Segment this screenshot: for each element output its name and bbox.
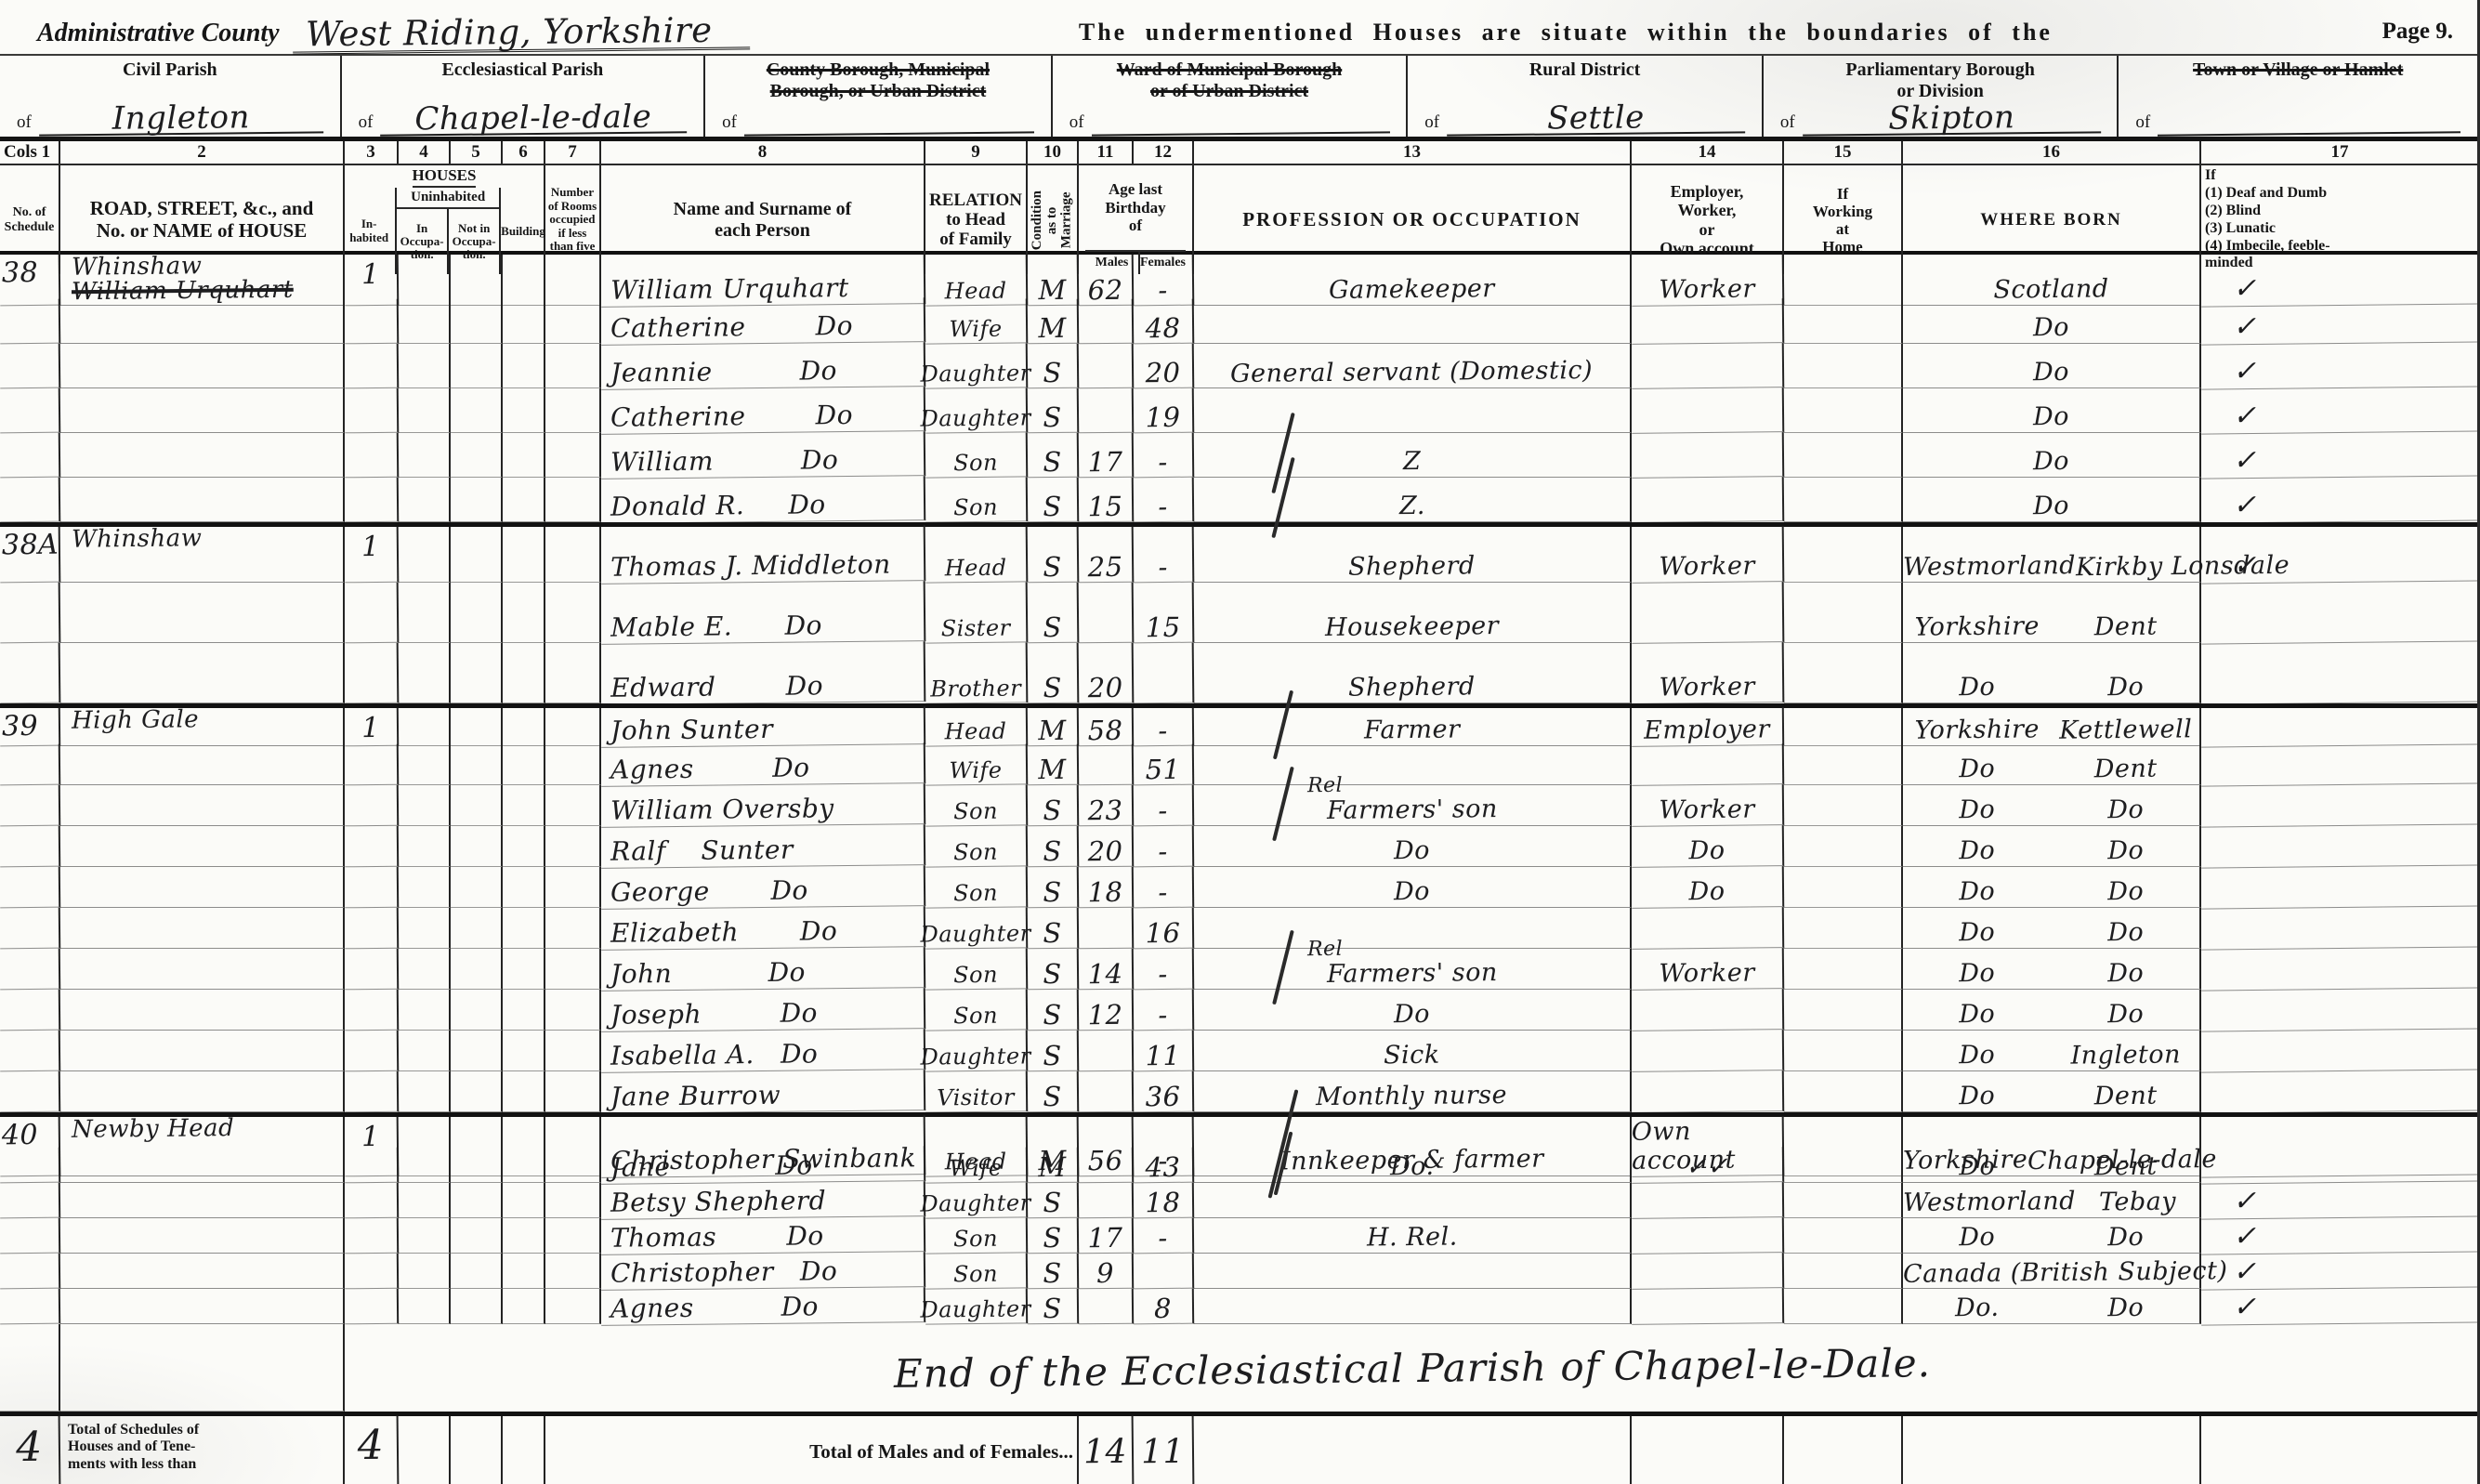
cell-uninhabited-in-occupation (399, 1071, 451, 1112)
cell-inhabited (345, 826, 399, 868)
cell-condition: M (1028, 299, 1079, 345)
cell-uninhabited-in-occupation (399, 1254, 451, 1289)
cell-occupation (1194, 744, 1632, 785)
cell-uninhabited-not-in-occupation (451, 583, 503, 643)
census-form-page: Administrative County West Riding, Yorks… (0, 0, 2480, 1484)
born-place: Dent (2051, 1151, 2199, 1182)
cell-building (503, 949, 545, 990)
cell-working-at-home (1784, 255, 1903, 306)
born-place: Dent (2051, 1081, 2199, 1111)
cell-condition: S (1028, 1031, 1079, 1072)
cell-schedule-number (0, 1218, 60, 1254)
cell-building (503, 1183, 545, 1218)
cell-inhabited (345, 299, 399, 345)
cell-building (503, 299, 545, 344)
cell-age-male (1079, 1183, 1134, 1219)
cell-employer (1632, 1253, 1784, 1290)
cell-name: William Do (601, 431, 925, 479)
cell-infirmity-mark (2201, 641, 2480, 704)
of-label: of (1780, 112, 1795, 135)
cell-name: John Sunter (601, 706, 925, 748)
cell-occupation: Do (1194, 867, 1632, 908)
column-numbers-row: Cols 1 2 3 4 5 6 7 8 9 10 11 12 13 14 15… (0, 141, 2477, 165)
born-county: Do (1903, 356, 2199, 387)
cell-schedule-number: 38A (0, 527, 60, 584)
cell-name: Mable E. Do (601, 581, 926, 645)
cell-age-female: - (1134, 708, 1194, 747)
cell-name: Agnes Do (601, 1287, 925, 1326)
cell-age-female (1134, 1254, 1194, 1290)
cell-address (60, 1071, 345, 1112)
cell-where-born: Do Do (1903, 785, 2201, 826)
cell-uninhabited-in-occupation (399, 583, 451, 643)
occupation-text: Z. (1398, 492, 1424, 520)
cell-inhabited (345, 1218, 399, 1254)
cell-uninhabited-in-occupation (399, 1031, 451, 1071)
cell-employer: Worker (1632, 526, 1785, 584)
houses-title: HOUSES (413, 165, 477, 188)
cell-condition: S (1028, 583, 1080, 644)
cell-working-at-home (1784, 643, 1903, 703)
district-value: Chapel-le-dale (380, 103, 687, 137)
cell-infirmity-mark (2201, 988, 2480, 1031)
cell-rooms (545, 1218, 601, 1254)
person-row: 39 High Gale 1 John Sunter Head M 58 - F… (0, 703, 2477, 744)
cell-uninhabited-not-in-occupation (451, 1289, 503, 1324)
cell-working-at-home (1784, 433, 1903, 478)
admin-county-value: West Riding, Yorkshire (292, 12, 749, 54)
cell-infirmity-mark: ✓ (2201, 342, 2480, 389)
cell-age-male: 14 (1079, 949, 1134, 991)
cell-schedule-number (0, 867, 60, 909)
cell-where-born: Do. Do (1903, 1289, 2201, 1324)
cell-occupation: Farmer (1194, 708, 1632, 746)
born-county: Do (1903, 876, 2052, 907)
cell-empty (451, 1416, 503, 1484)
cell-address (60, 1031, 345, 1071)
cell-where-born: Do (1903, 478, 2201, 522)
cell-where-born: Do (1903, 433, 2201, 478)
cell-schedule-number (0, 478, 60, 523)
cell-age-female: 36 (1134, 1071, 1194, 1113)
cell-age-male: 9 (1079, 1254, 1134, 1290)
cell-address: Whinshaw (60, 527, 345, 583)
person-row: Donald R. Do Son S 15 - Z. Do ✓ (0, 478, 2477, 522)
cell-where-born: Do Do (1903, 826, 2201, 867)
cell-name: George Do (601, 865, 925, 910)
person-row: Catherine Do Wife M 48 Do ✓ (0, 299, 2477, 344)
cell-employer: ✓✓ (1632, 1147, 1784, 1184)
cell-building (503, 1071, 545, 1112)
born-county: Do (1903, 835, 2052, 866)
cell-name: John Do (601, 947, 925, 992)
cell-name: William Oversby (601, 783, 925, 828)
occupation-text: Z (1403, 447, 1422, 476)
cell-name: Elizabeth Do (601, 906, 925, 951)
born-place: Dent (2051, 611, 2199, 642)
cell-where-born: Do (1903, 388, 2201, 433)
col-number-2: 2 (60, 141, 345, 164)
born-county: Yorkshire (1903, 715, 2052, 745)
cell-where-born: Yorkshire Kettlewell (1903, 708, 2201, 746)
cell-inhabited (345, 1071, 399, 1113)
cell-address (60, 583, 345, 643)
cell-uninhabited-not-in-occupation (451, 388, 503, 433)
cell-uninhabited-in-occupation (399, 867, 451, 908)
cell-inhabited (345, 478, 399, 523)
cell-age-female: 16 (1134, 908, 1194, 950)
cell-inhabited (345, 1254, 399, 1290)
cell-working-at-home (1784, 1254, 1903, 1289)
born-county: Westmorland (1903, 1187, 2076, 1217)
cell-name: Edward Do (601, 641, 926, 705)
cell-inhabited (345, 908, 399, 950)
cell-condition: S (1028, 1254, 1079, 1290)
col-number-12: 12 (1134, 141, 1194, 164)
cell-occupation: Monthly nurse (1194, 1071, 1632, 1112)
born-place: Kettlewell (2051, 715, 2199, 745)
cell-employer (1632, 477, 1784, 523)
cell-working-at-home (1784, 826, 1903, 867)
cell-uninhabited-not-in-occupation (451, 744, 503, 785)
cell-infirmity-mark: ✓ (2201, 1252, 2480, 1290)
cell-uninhabited-not-in-occupation (451, 1148, 503, 1183)
cell-working-at-home (1784, 744, 1903, 785)
cell-relation: Son (925, 784, 1028, 826)
cell-age-male: 23 (1079, 785, 1134, 827)
cell-uninhabited-in-occupation (399, 255, 451, 306)
cell-address (60, 344, 345, 388)
cell-uninhabited-not-in-occupation (451, 990, 503, 1031)
cell-address (60, 1254, 345, 1289)
person-row: Isabella A. Do Daughter S 11 Sick Do Ing… (0, 1031, 2477, 1071)
cell-employer (1632, 989, 1784, 1031)
occupation-text: Do (1394, 877, 1430, 906)
occupation-text: H. Rel. (1366, 1222, 1457, 1252)
cell-condition: S (1028, 949, 1079, 991)
district-label: Rural District (1419, 59, 1751, 81)
cell-uninhabited-in-occupation (399, 826, 451, 867)
cell-infirmity-mark: ✓ (2201, 431, 2480, 479)
cell-address (60, 1289, 345, 1324)
district-value (2158, 131, 2460, 136)
district-civil-parish: Civil Parish ofIngleton (0, 56, 340, 137)
col-number-10: 10 (1028, 141, 1079, 164)
uninhabited-title: Uninhabited (397, 188, 499, 209)
cell-building (503, 867, 545, 908)
cell-age-female: 8 (1134, 1289, 1194, 1325)
cell-relation: Daughter (925, 1288, 1028, 1324)
cell-occupation: Rel Farmers' son (1194, 949, 1632, 990)
cell-name: Catherine Do (601, 387, 925, 435)
district-rural: Rural District ofSettle (1406, 56, 1762, 137)
cell-schedule-number: 39 (0, 708, 60, 747)
col-number-3: 3 (345, 141, 399, 164)
cell-relation: Son (925, 1253, 1028, 1289)
cell-where-born: Do (1903, 344, 2201, 388)
cell-empty (2201, 1416, 2480, 1484)
occupation-text: Do. (1390, 1152, 1435, 1181)
cell-where-born: Do Do (1903, 1218, 2201, 1254)
cell-age-female: 51 (1134, 744, 1194, 786)
cell-uninhabited-not-in-occupation (451, 643, 503, 703)
born-county: Do. (1903, 1293, 2052, 1323)
cell-where-born: Canada (British Subject) (1903, 1254, 2201, 1289)
district-label: Civil Parish (11, 59, 329, 81)
cell-condition: S (1028, 643, 1080, 704)
cell-working-at-home (1784, 583, 1903, 643)
cell-building (503, 527, 545, 583)
cell-infirmity-mark (2201, 706, 2480, 747)
total-males-value: 14 (1079, 1416, 1135, 1484)
cell-rooms (545, 255, 601, 306)
cell-relation: Son (925, 477, 1028, 522)
cell-condition: S (1028, 478, 1079, 523)
cell-working-at-home (1784, 299, 1903, 344)
cell-age-male (1079, 744, 1134, 786)
cell-schedule-number (0, 949, 60, 991)
district-value (1092, 131, 1390, 136)
total-schedules-label: Total of Schedules of Houses and of Tene… (60, 1416, 345, 1484)
born-place: Do (2051, 795, 2199, 825)
district-label-struck: Town or Village or Hamlet (2130, 59, 2466, 81)
cell-age-female: - (1134, 433, 1194, 479)
cell-uninhabited-in-occupation (399, 1289, 451, 1324)
cell-relation: Son (925, 948, 1028, 990)
born-place: Ingleton (2051, 1040, 2199, 1070)
cell-uninhabited-in-occupation (399, 1148, 451, 1183)
cell-uninhabited-in-occupation (399, 1218, 451, 1254)
cell-where-born: Do Dent (1903, 744, 2201, 785)
cell-rooms (545, 1289, 601, 1324)
cell-condition: M (1028, 708, 1079, 747)
cell-relation: Sister (925, 582, 1029, 643)
cell-uninhabited-not-in-occupation (451, 478, 503, 522)
totals-band: 4 Total of Schedules of Houses and of Te… (0, 1416, 2477, 1484)
situate-text: The undermentioned Houses are situate wi… (749, 19, 2382, 52)
cell-inhabited (345, 433, 399, 479)
district-ecclesiastical-parish: Ecclesiastical Parish ofChapel-le-dale (340, 56, 704, 137)
cell-uninhabited-in-occupation (399, 908, 451, 949)
administrative-county: Administrative County West Riding, Yorks… (37, 15, 749, 52)
occupation-note: Rel (1307, 938, 1343, 961)
cell-empty (60, 1324, 345, 1412)
address-text: Whinshaw (72, 254, 203, 279)
born-county: Do (1903, 445, 2199, 477)
cell-relation: Brother (925, 642, 1029, 703)
cell-occupation: Do (1194, 826, 1632, 867)
cell-age-male: 20 (1079, 643, 1135, 704)
cell-relation: Head (925, 526, 1029, 583)
cell-relation: Daughter (925, 1030, 1028, 1071)
cell-rooms (545, 1031, 601, 1071)
cell-name: Donald R. Do (601, 476, 925, 524)
cell-age-male (1079, 1148, 1134, 1184)
cell-relation: Son (925, 432, 1028, 478)
cell-relation: Daughter (925, 387, 1028, 433)
cell-working-at-home (1784, 1148, 1903, 1183)
cell-uninhabited-not-in-occupation (451, 826, 503, 867)
cell-occupation: Do. (1194, 1148, 1632, 1183)
born-place: Do (2051, 672, 2199, 703)
cell-age-male (1079, 908, 1134, 950)
district-town-village: Town or Village or Hamlet of (2117, 56, 2477, 137)
cell-infirmity-mark: ✓ (2201, 1216, 2480, 1254)
cell-infirmity-mark (2201, 1070, 2480, 1113)
cell-uninhabited-not-in-occupation (451, 1218, 503, 1254)
cell-uninhabited-in-occupation (399, 990, 451, 1031)
person-row: 38 Whinshaw William Urquhart 1 William U… (0, 255, 2477, 299)
cell-condition: S (1028, 344, 1079, 389)
occupation-text: Shepherd (1348, 551, 1476, 581)
cell-schedule-number (0, 433, 60, 479)
cell-rooms (545, 344, 601, 388)
total-males-females-label: Total of Males and of Females... (545, 1416, 1079, 1484)
of-label: of (359, 112, 374, 135)
cell-empty (1784, 1416, 1903, 1484)
address-text: Whinshaw (72, 526, 203, 551)
cell-where-born: Do Dent (1903, 1148, 2201, 1183)
cell-age-male (1079, 1289, 1134, 1325)
cell-empty (399, 1416, 451, 1484)
cell-rooms (545, 949, 601, 990)
cell-infirmity-mark (2201, 1146, 2480, 1184)
born-county: Do (1903, 311, 2199, 343)
cell-uninhabited-not-in-occupation (451, 299, 503, 344)
cell-name: Jeannie Do (601, 342, 925, 390)
cell-where-born: Do Dent (1903, 1071, 2201, 1112)
cell-condition: S (1028, 785, 1079, 827)
district-ward: Ward of Municipal Borough or of Urban Di… (1051, 56, 1407, 137)
cell-employer (1632, 432, 1784, 479)
table-header: Cols 1 2 3 4 5 6 7 8 9 10 11 12 13 14 15… (0, 141, 2477, 255)
cell-occupation: Do (1194, 990, 1632, 1031)
cell-rooms (545, 478, 601, 522)
cell-where-born: Do Do (1903, 990, 2201, 1031)
cell-occupation (1194, 1289, 1632, 1324)
cell-inhabited (345, 990, 399, 1031)
page-number: Page 9. (2382, 19, 2453, 52)
cell-employer (1632, 582, 1785, 644)
cell-uninhabited-in-occupation (399, 299, 451, 344)
cell-age-male: 17 (1079, 1218, 1134, 1254)
cell-inhabited (345, 785, 399, 827)
cell-building (503, 785, 545, 826)
cell-rooms (545, 908, 601, 949)
cell-address: Whinshaw William Urquhart (60, 255, 345, 306)
cell-building (503, 344, 545, 388)
cell-condition: M (1028, 1148, 1079, 1184)
top-header-band: Administrative County West Riding, Yorks… (0, 0, 2477, 54)
cell-schedule-number (0, 299, 60, 345)
born-county: Do (1903, 1081, 2052, 1111)
cell-occupation: Z. (1194, 478, 1632, 522)
cell-schedule-number (0, 1148, 60, 1184)
cell-working-at-home (1784, 908, 1903, 949)
occupation-text: Do (1394, 1000, 1430, 1029)
district-value: Ingleton (39, 103, 323, 137)
cell-building (503, 1218, 545, 1254)
cell-infirmity-mark (2201, 783, 2480, 827)
born-county: Do (1903, 795, 2052, 825)
cell-building (503, 478, 545, 522)
district-county-borough: County Borough, Municipal Borough, or Ur… (703, 56, 1051, 137)
cell-address (60, 908, 345, 949)
total-schedules-value: 4 (0, 1416, 60, 1484)
cell-rooms (545, 990, 601, 1031)
cell-employer: Do (1632, 866, 1784, 909)
cell-rooms (545, 643, 601, 703)
born-county: Do (1903, 917, 2052, 948)
cell-address (60, 1148, 345, 1183)
cell-rooms (545, 826, 601, 867)
cell-name: Betsy Shepherd (601, 1181, 925, 1220)
col-number-7: 7 (545, 141, 601, 164)
cell-infirmity-mark: ✓ (2201, 1181, 2480, 1219)
cell-working-at-home (1784, 478, 1903, 522)
cell-rooms (545, 744, 601, 785)
cell-rooms (545, 1071, 601, 1112)
cell-empty (0, 1324, 60, 1412)
person-row: Jane Burrow Visitor S 36 Monthly nurse D… (0, 1071, 2477, 1112)
cell-employer (1632, 1030, 1784, 1072)
cell-infirmity-mark (2201, 581, 2480, 644)
cell-empty (1903, 1416, 2201, 1484)
cell-building (503, 1289, 545, 1324)
cell-uninhabited-in-occupation (399, 433, 451, 478)
cell-age-female: 19 (1134, 388, 1194, 434)
cell-age-female: - (1134, 826, 1194, 868)
cell-schedule-number (0, 1289, 60, 1325)
cell-address (60, 785, 345, 826)
cell-relation: Head (925, 707, 1028, 746)
cell-infirmity-mark (2201, 824, 2480, 868)
person-row: John Do Son S 14 - Rel Farmers' son Work… (0, 949, 2477, 990)
cell-name: Christopher Do (601, 1252, 925, 1291)
person-row: Elizabeth Do Daughter S 16 Do Do (0, 908, 2477, 949)
occupation-note: Rel (1307, 774, 1343, 797)
cell-relation: Son (925, 989, 1028, 1031)
cell-rooms (545, 867, 601, 908)
cell-building (503, 388, 545, 433)
cell-condition: S (1028, 1218, 1079, 1254)
born-county: Canada (British Subject) (1903, 1256, 2228, 1289)
cell-schedule-number (0, 785, 60, 827)
person-row: Edward Do Brother S 20 Shepherd Worker D… (0, 643, 2477, 703)
cell-age-male: 18 (1079, 867, 1134, 909)
cell-age-male (1079, 1071, 1134, 1113)
of-label: of (2135, 112, 2150, 135)
cell-relation: Son (925, 1217, 1028, 1254)
cell-working-at-home (1784, 344, 1903, 388)
cell-employer (1632, 1182, 1784, 1219)
of-label: of (1069, 112, 1084, 135)
cell-condition: S (1028, 527, 1080, 584)
cell-uninhabited-not-in-occupation (451, 708, 503, 746)
cell-age-female: 18 (1134, 1183, 1194, 1219)
cell-infirmity-mark (2201, 906, 2480, 950)
cell-building (503, 643, 545, 703)
cell-rooms (545, 433, 601, 478)
cell-where-born: Do Do (1903, 949, 2201, 990)
person-row: Jeannie Do Daughter S 20 General servant… (0, 344, 2477, 388)
cell-infirmity-mark: ✓ (2201, 476, 2480, 523)
born-place: Do (2051, 999, 2199, 1030)
cell-working-at-home (1784, 990, 1903, 1031)
cell-building (503, 744, 545, 785)
cell-inhabited (345, 949, 399, 991)
cell-employer (1632, 298, 1784, 345)
